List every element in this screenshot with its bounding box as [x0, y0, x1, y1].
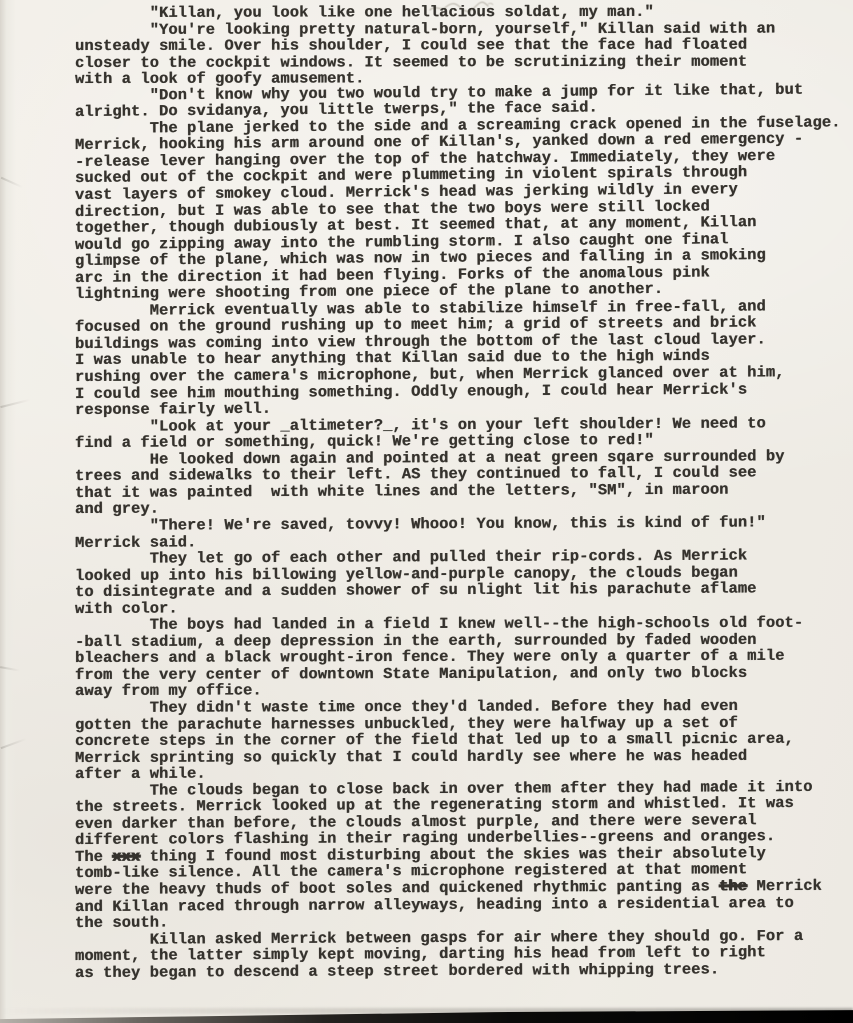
scan-edge-bottom — [0, 1009, 853, 1023]
paper-crease — [0, 666, 22, 672]
scan-edge-shadow — [0, 1008, 853, 1014]
scanned-page: "Killan, you look like one hellacious so… — [0, 0, 853, 1023]
paper-crease — [0, 398, 33, 408]
text-line: as they began to descend a steep street … — [75, 960, 849, 981]
text-line: closer to the cockpit windows. It seemed… — [75, 53, 849, 71]
paper-crease — [1, 177, 26, 189]
scan-edge-left — [0, 0, 16, 1023]
typewritten-text: "Killan, you look like one hellacious so… — [75, 5, 849, 981]
paper-crease — [1, 737, 30, 749]
